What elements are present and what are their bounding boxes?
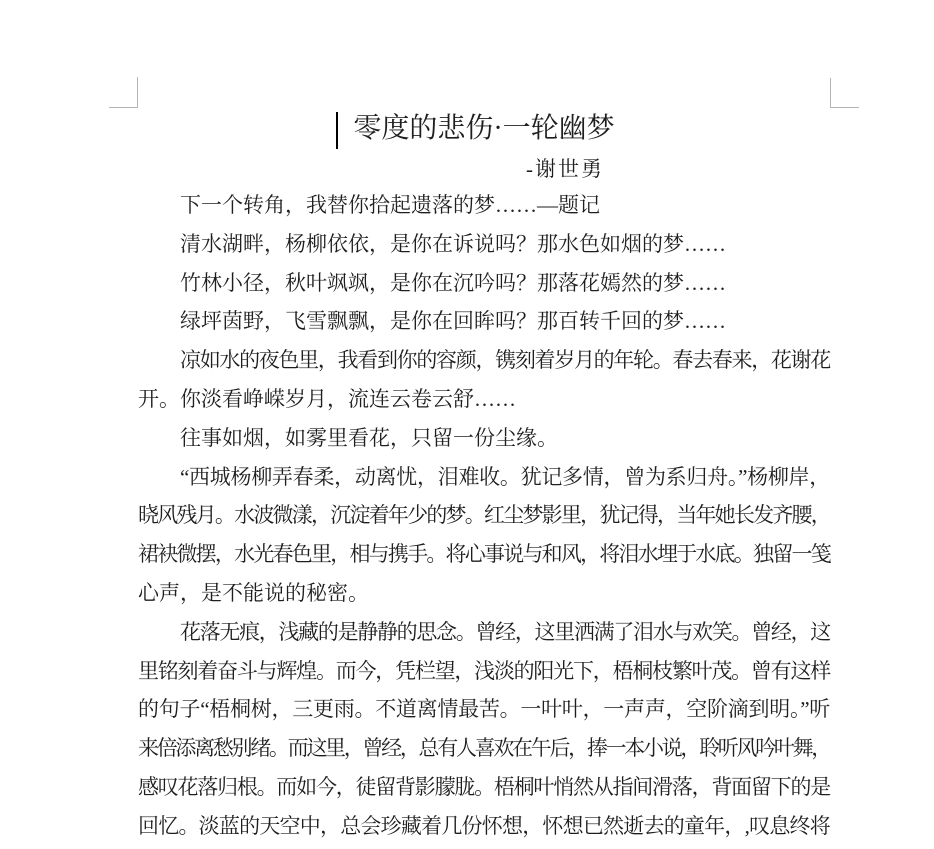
text-line[interactable]: 感叹花落归根。而如今，徒留背影朦胧。梧桐叶悄然从指间滑落，背面留下的是 xyxy=(138,768,830,807)
text-line[interactable]: 回忆。淡蓝的天空中，总会珍藏着几份怀想，怀想已然逝去的童年，,叹息终将 xyxy=(138,807,830,846)
text-line[interactable]: 凉如水的夜色里，我看到你的容颜，镌刻着岁月的年轮。春去春来，花谢花 xyxy=(138,341,830,380)
text-line[interactable]: 来倍添离愁别绪。而这里，曾经，总有人喜欢在午后，捧一本小说，聆听风吟叶舞， xyxy=(138,729,830,768)
text-boundary-mark-top-left xyxy=(109,77,138,108)
text-line[interactable]: 裙袂微摆，水光春色里，相与携手。将心事说与和风，将泪水埋于水底。独留一笺 xyxy=(138,535,830,574)
text-line[interactable]: 花落无痕，浅藏的是静静的思念。曾经，这里洒满了泪水与欢笑。曾经，这 xyxy=(138,613,830,652)
document-title[interactable]: 零度的悲伤·一轮幽梦 xyxy=(138,106,830,152)
text-line[interactable]: 清水湖畔，杨柳依依，是你在诉说吗？那水色如烟的梦…… xyxy=(138,225,830,264)
text-line[interactable]: 往事如烟，如雾里看花，只留一份尘缘。 xyxy=(138,419,830,458)
text-cursor xyxy=(336,112,338,149)
text-line[interactable]: 下一个转角，我替你拾起遗落的梦……—题记 xyxy=(138,186,830,225)
text-line[interactable]: 竹林小径，秋叶飒飒，是你在沉吟吗？那落花嫣然的梦…… xyxy=(138,264,830,303)
text-line[interactable]: 晓风残月。水波微漾，沉淀着年少的梦。红尘梦影里，犹记得，当年她长发齐腰， xyxy=(138,496,830,535)
text-line[interactable]: 的句子“梧桐树，三更雨。不道离情最苦。一叶叶，一声声，空阶滴到明。”听 xyxy=(138,690,830,729)
text-line[interactable]: 开。你淡看峥嵘岁月，流连云卷云舒…… xyxy=(138,380,830,419)
document-page[interactable]: 零度的悲伤·一轮幽梦 -谢世勇 下一个转角，我替你拾起遗落的梦……—题记 清水湖… xyxy=(0,0,934,849)
text-boundary-mark-top-right xyxy=(830,78,859,108)
text-line[interactable]: 里铭刻着奋斗与辉煌。而今，凭栏望，浅淡的阳光下，梧桐枝繁叶茂。曾有这样 xyxy=(138,652,830,691)
document-body[interactable]: 下一个转角，我替你拾起遗落的梦……—题记 清水湖畔，杨柳依依，是你在诉说吗？那水… xyxy=(138,186,830,846)
text-line[interactable]: “西城杨柳弄春柔，动离忧，泪难收。犹记多情，曾为系归舟。”杨柳岸， xyxy=(138,458,830,497)
author-line[interactable]: -谢世勇 xyxy=(138,151,830,188)
text-line[interactable]: 心声，是不能说的秘密。 xyxy=(138,574,830,613)
text-line[interactable]: 绿坪茵野，飞雪飘飘，是你在回眸吗？那百转千回的梦…… xyxy=(138,302,830,341)
